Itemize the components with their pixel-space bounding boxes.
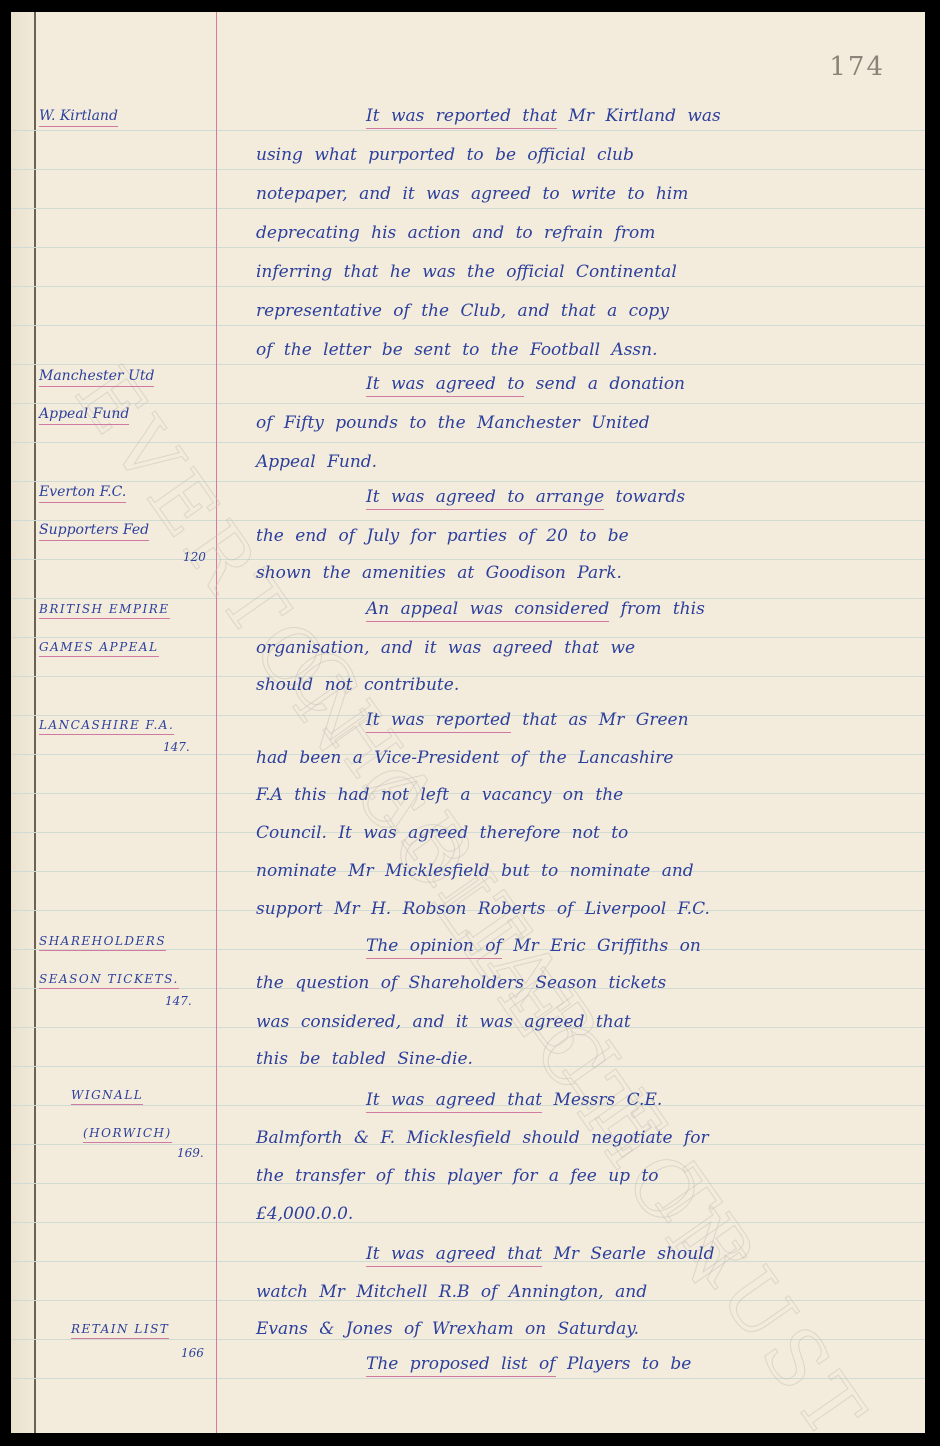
minute-line: Balmforth & F. Micklesfield should negot… — [256, 1128, 916, 1148]
minute-line: Council. It was agreed therefore not to — [256, 823, 916, 843]
minute-line: It was agreed that Mr Searle should — [256, 1244, 916, 1264]
margin-ref: 169. — [177, 1146, 204, 1160]
minute-line: of Fifty pounds to the Manchester United — [256, 413, 916, 433]
minute-line: It was agreed that Messrs C.E. — [256, 1090, 916, 1110]
margin-ref: 166 — [181, 1346, 204, 1360]
minute-line: the transfer of this player for a fee up… — [256, 1166, 916, 1186]
minute-line: organisation, and it was agreed that we — [256, 638, 916, 658]
minute-line: It was reported that Mr Kirtland was — [256, 106, 916, 126]
margin-note-lancashire-fa: LANCASHIRE F.A. — [39, 718, 217, 732]
minute-line: It was agreed to arrange towards — [256, 487, 916, 507]
margin-note-everton-fc: Everton F.C. — [39, 484, 217, 500]
minute-line: this be tabled Sine-die. — [256, 1049, 916, 1069]
ledger-page: EVERTON COLLECTION CHARITABLE TRUST 174 … — [11, 12, 925, 1433]
minute-line: of the letter be sent to the Football As… — [256, 340, 916, 360]
minute-line: support Mr H. Robson Roberts of Liverpoo… — [256, 899, 916, 919]
minute-line: watch Mr Mitchell R.B of Annington, and — [256, 1282, 916, 1302]
binding-shadow — [11, 12, 35, 1433]
ruled-line — [11, 559, 925, 560]
margin-note-games-appeal: GAMES APPEAL — [39, 640, 217, 654]
minute-line: An appeal was considered from this — [256, 599, 916, 619]
minute-line: was considered, and it was agreed that — [256, 1012, 916, 1032]
binding-gutter-line — [34, 12, 36, 1433]
minute-line: shown the amenities at Goodison Park. — [256, 563, 916, 583]
minute-line: inferring that he was the official Conti… — [256, 262, 916, 282]
minute-line: It was agreed to send a donation — [256, 374, 916, 394]
ruled-line — [11, 325, 925, 326]
page-number: 174 — [829, 52, 885, 82]
minute-line: The opinion of Mr Eric Griffiths on — [256, 936, 916, 956]
minute-line: Evans & Jones of Wrexham on Saturday. — [256, 1319, 916, 1339]
ruled-line — [11, 1378, 925, 1379]
margin-note-horwich: (HORWICH) — [83, 1126, 261, 1140]
margin-note-kirtland: W. Kirtland — [39, 108, 217, 124]
minute-line: deprecating his action and to refrain fr… — [256, 223, 916, 243]
ruled-line — [11, 169, 925, 170]
minute-line: F.A this had not left a vacancy on the — [256, 785, 916, 805]
minute-line: using what purported to be official club — [256, 145, 916, 165]
minute-line: should not contribute. — [256, 675, 916, 695]
margin-note-shareholders: SHAREHOLDERS — [39, 934, 217, 948]
margin-ref: 120 — [183, 550, 206, 564]
ruled-line — [11, 1339, 925, 1340]
ruled-line — [11, 442, 925, 443]
ruled-line — [11, 403, 925, 404]
margin-note-season-tickets: SEASON TICKETS. — [39, 972, 217, 986]
minute-line: the question of Shareholders Season tick… — [256, 973, 916, 993]
margin-note-supporters-fed: Supporters Fed — [39, 522, 217, 538]
ruled-line — [11, 208, 925, 209]
minute-line: Appeal Fund. — [256, 452, 916, 472]
ruled-line — [11, 520, 925, 521]
ruled-line — [11, 286, 925, 287]
margin-note-british-empire: BRITISH EMPIRE — [39, 602, 217, 616]
margin-ref: 147. — [165, 994, 192, 1008]
minute-line: representative of the Club, and that a c… — [256, 301, 916, 321]
margin-note-retain-list: RETAIN LIST — [71, 1322, 249, 1336]
minute-line: £4,000.0.0. — [256, 1204, 916, 1224]
margin-ref: 147. — [163, 740, 190, 754]
ruled-line — [11, 247, 925, 248]
margin-note-appeal-fund: Appeal Fund — [39, 406, 217, 422]
minute-line: The proposed list of Players to be — [256, 1354, 916, 1374]
minute-line: the end of July for parties of 20 to be — [256, 526, 916, 546]
margin-note-wignall: WIGNALL — [71, 1088, 249, 1102]
minute-line: notepaper, and it was agreed to write to… — [256, 184, 916, 204]
minute-line: had been a Vice-President of the Lancash… — [256, 748, 916, 768]
minute-line: nominate Mr Micklesfield but to nominate… — [256, 861, 916, 881]
ruled-line — [11, 364, 925, 365]
margin-note-manchester-utd: Manchester Utd — [39, 368, 217, 384]
minute-line: It was reported that as Mr Green — [256, 710, 916, 730]
ruled-line — [11, 130, 925, 131]
ruled-line — [11, 481, 925, 482]
